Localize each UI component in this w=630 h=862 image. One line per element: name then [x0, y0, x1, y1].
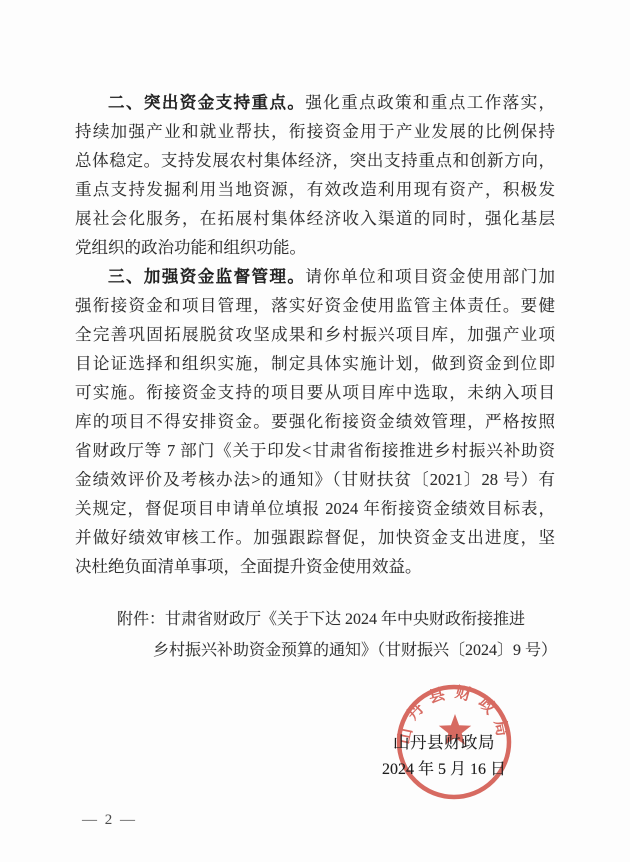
attachment-title-part-1: 甘肃省财政厅《关于下达 2024 年中央财政衔接推进 [165, 611, 525, 628]
body-line: 展社会化服务，在拓展村集体经济收入渠道的同时，强化基层 [75, 204, 555, 233]
attachment-note: 附件：甘肃省财政厅《关于下达 2024 年中央财政衔接推进 乡村振兴补助资金预算… [75, 604, 575, 666]
body-line: 总体稳定。支持发展农村集体经济，突出支持重点和创新方向， [75, 146, 555, 175]
page-number: — 2 — [82, 812, 137, 829]
body-line: 库的项目不得安排资金。要强化衔接资金绩效管理，严格按照 [75, 407, 555, 436]
body-line: 持续加强产业和就业帮扶，衔接资金用于产业发展的比例保持 [75, 117, 555, 146]
body-line: 目论证选择和组织实施，制定具体实施计划，做到资金到位即 [75, 349, 555, 378]
document-page: 二、突出资金支持重点。强化重点政策和重点工作落实， 持续加强产业和就业帮扶，衔接… [0, 0, 630, 862]
body-line: 可实施。衔接资金支持的项目要从项目库中选取，未纳入项目 [75, 378, 555, 407]
body-line: 党组织的政治功能和组织功能。 [75, 233, 555, 262]
body-line: 省财政厅等 7 部门《关于印发<甘肃省衔接推进乡村振兴补助资 [75, 436, 555, 465]
section-2-first-line: 二、突出资金支持重点。强化重点政策和重点工作落实， [75, 88, 555, 117]
attachment-line: 附件：甘肃省财政厅《关于下达 2024 年中央财政衔接推进 [75, 604, 575, 635]
signature-org: 山丹县财政局 [393, 729, 495, 753]
section-3-heading: 三、加强资金监督管理。 [108, 268, 305, 286]
document-body: 二、突出资金支持重点。强化重点政策和重点工作落实， 持续加强产业和就业帮扶，衔接… [75, 88, 555, 581]
body-line: 关规定，督促项目申请单位填报 2024 年衔接资金绩效目标表， [75, 494, 555, 523]
attachment-label: 附件： [117, 611, 165, 628]
body-line: 全完善巩固拓展脱贫攻坚成果和乡村振兴项目库，加强产业项 [75, 320, 555, 349]
section-2-heading-rest: 强化重点政策和重点工作落实， [305, 93, 555, 112]
signature-date: 2024 年 5 月 16 日 [382, 756, 506, 779]
body-line: 重点支持发掘利用当地资源，有效改造利用现有资产，积极发 [75, 175, 555, 204]
body-line: 强衔接资金和项目管理，落实好资金使用监管主体责任。要健 [75, 291, 555, 320]
body-line: 决杜绝负面清单事项，全面提升资金使用效益。 [75, 552, 555, 581]
section-3-first-line: 三、加强资金监督管理。请你单位和项目资金使用部门加 [75, 262, 555, 291]
body-line: 并做好绩效审核工作。加强跟踪督促，加快资金支出进度，坚 [75, 523, 555, 552]
section-3-heading-rest: 请你单位和项目资金使用部门加 [305, 267, 555, 286]
section-2-heading: 二、突出资金支持重点。 [108, 94, 305, 112]
body-line: 金绩效评价及考核办法>的通知》（甘财扶贫〔2021〕28 号）有 [75, 465, 555, 494]
attachment-line: 乡村振兴补助资金预算的通知》（甘财振兴〔2024〕9 号） [75, 635, 575, 666]
